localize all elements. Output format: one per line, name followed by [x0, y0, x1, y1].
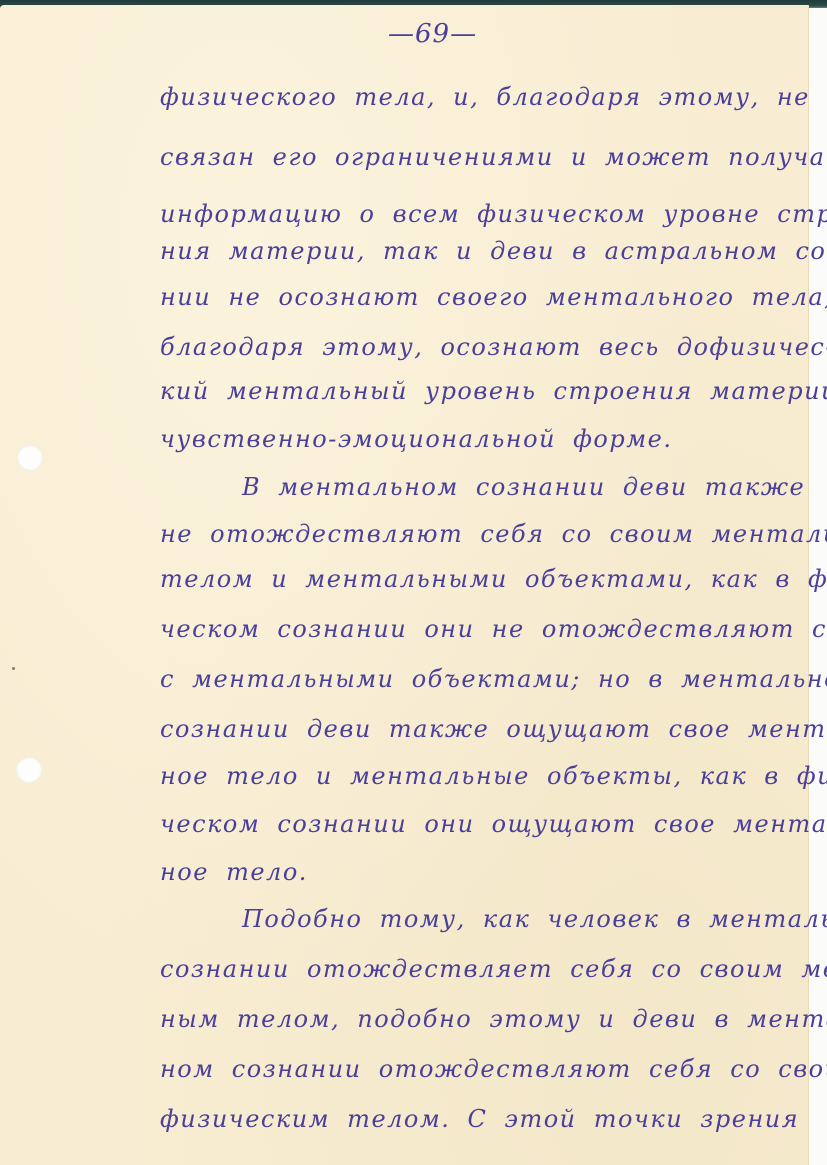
text-line: физического тела, и, благодаря этому, не	[160, 83, 810, 111]
text-line: кий ментальный уровень строения материи …	[160, 377, 827, 405]
text-line: телом и ментальными объектами, как в физ…	[160, 565, 827, 593]
text-line: ном сознании отождествляют себя со своим	[160, 1055, 827, 1083]
paper-speck	[12, 667, 15, 670]
manuscript-page: —69— физического тела, и, благодаря этом…	[0, 5, 808, 1165]
punch-hole-icon	[17, 445, 43, 471]
text-line: сознании деви также ощущают свое менталь…	[160, 715, 827, 743]
text-line: ное тело и ментальные объекты, как в физ…	[160, 762, 827, 790]
text-line: ное тело.	[160, 858, 308, 886]
scanned-page-scene: —69— физического тела, и, благодаря этом…	[0, 0, 827, 1165]
text-line: физическим телом. С этой точки зрения	[160, 1105, 799, 1133]
text-line: информацию о всем физическом уровне стро…	[160, 200, 827, 228]
page-number: —69—	[388, 19, 477, 49]
paragraph-start-line: В ментальном сознании деви также	[242, 473, 805, 501]
punch-hole-icon	[16, 757, 42, 783]
text-line: ческом сознании они не отождествляют себ…	[160, 615, 827, 643]
text-line: нии не осознают своего ментального тела,…	[160, 283, 827, 311]
text-line: с ментальными объектами; но в ментальном	[160, 665, 827, 693]
text-line: сознании отождествляет себя со своим мен…	[160, 955, 827, 983]
paragraph-start-line: Подобно тому, как человек в ментальном	[242, 905, 827, 933]
text-line: ческом сознании они ощущают свое менталь…	[160, 810, 827, 838]
text-line: не отождествляют себя со своим ментальны…	[160, 520, 827, 548]
text-line: связан его ограничениями и может получат…	[160, 143, 827, 171]
text-line: ния материи, так и деви в астральном соз…	[160, 237, 827, 265]
text-line: ным телом, подобно этому и деви в ментал…	[160, 1005, 827, 1033]
text-line: чувственно-эмоциональной форме.	[160, 425, 672, 453]
text-line: благодаря этому, осознают весь дофизичес…	[160, 333, 827, 361]
